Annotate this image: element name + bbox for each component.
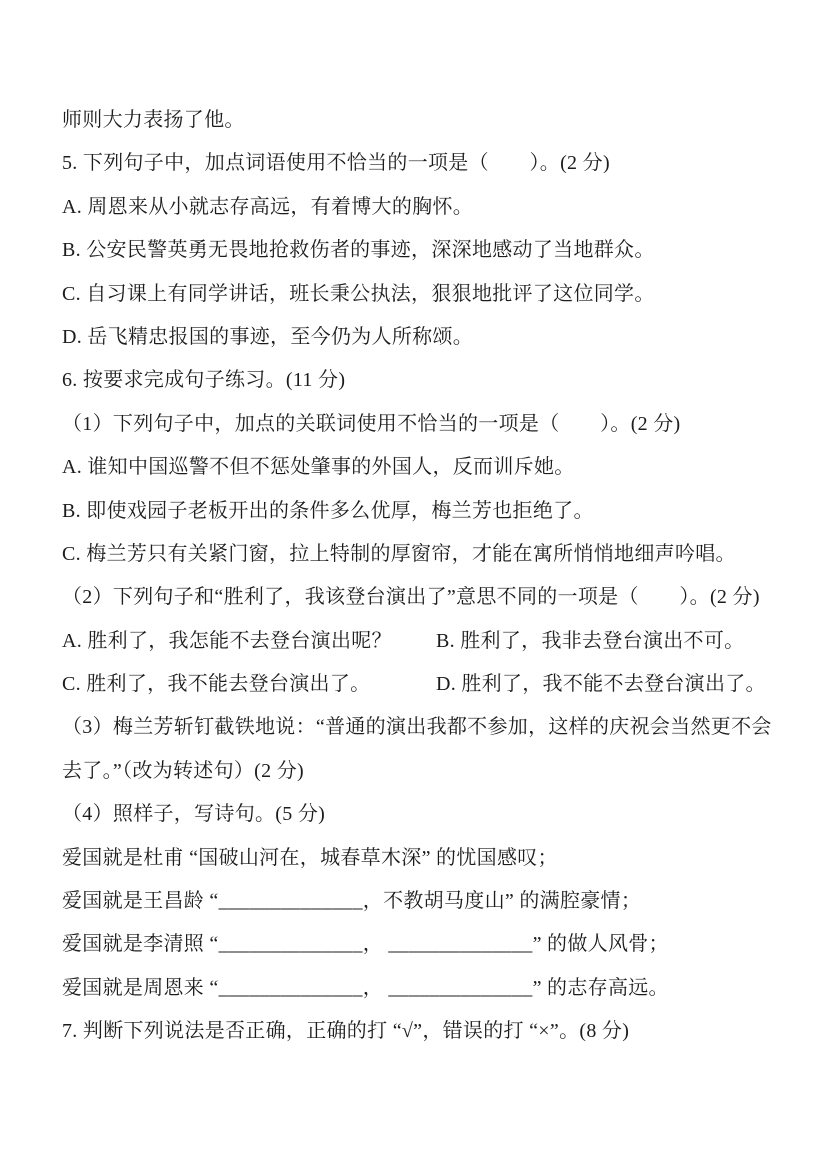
- poem-line-dufu: 爱国就是杜甫 “国破山河在，城春草木深” 的忧国感叹；: [62, 837, 777, 880]
- poem-line-liqingzhao-with-blanks: 爱国就是李清照 “______________， ______________”…: [62, 923, 777, 966]
- continuation-text: 师则大力表扬了他。: [62, 99, 777, 142]
- question-6-1-option-b: B. 即使戏园子老板开出的条件多么优厚，梅兰芳也拒绝了。: [62, 490, 777, 533]
- exam-page: 师则大力表扬了他。 5. 下列句子中，加点词语使用不恰当的一项是（ ）。(2 分…: [0, 0, 827, 1169]
- question-6-2-stem: （2）下列句子和“胜利了，我该登台演出了”意思不同的一项是（ ）。(2 分): [62, 576, 777, 619]
- poem-line-wangchangling-with-blank: 爱国就是王昌龄 “______________，不教胡马度山” 的满腔豪情；: [62, 880, 777, 923]
- question-6-2-option-c: C. 胜利了，我不能去登台演出了。: [62, 663, 436, 706]
- question-6-4-stem: （4）照样子，写诗句。(5 分): [62, 793, 777, 836]
- question-6-3-stem-line-1: （3）梅兰芳斩钉截铁地说：“普通的演出我都不参加，这样的庆祝会当然更不会: [62, 706, 777, 749]
- poem-line-zhouenlai-with-blanks: 爱国就是周恩来 “______________， ______________”…: [62, 967, 777, 1010]
- question-6-2-option-a: A. 胜利了，我怎能不去登台演出呢？: [62, 620, 436, 663]
- question-5-stem: 5. 下列句子中，加点词语使用不恰当的一项是（ ）。(2 分): [62, 142, 777, 185]
- question-6-1-option-a: A. 谁知中国巡警不但不惩处肇事的外国人，反而训斥她。: [62, 446, 777, 489]
- exam-text-block: 师则大力表扬了他。 5. 下列句子中，加点词语使用不恰当的一项是（ ）。(2 分…: [62, 99, 777, 1054]
- question-6-3-stem-line-2: 去了。”（改为转述句）(2 分): [62, 750, 777, 793]
- question-6-1-stem: （1）下列句子中，加点的关联词使用不恰当的一项是（ ）。(2 分): [62, 403, 777, 446]
- question-6-2-option-d: D. 胜利了，我不能不去登台演出了。: [436, 673, 766, 695]
- question-6-2-option-row-cd: C. 胜利了，我不能去登台演出了。D. 胜利了，我不能不去登台演出了。: [62, 663, 777, 706]
- question-5-option-a: A. 周恩来从小就志存高远，有着博大的胸怀。: [62, 186, 777, 229]
- question-5-option-b: B. 公安民警英勇无畏地抢救伤者的事迹，深深地感动了当地群众。: [62, 229, 777, 272]
- question-5-option-d: D. 岳飞精忠报国的事迹，至今仍为人所称颂。: [62, 316, 777, 359]
- question-6-2-option-row-ab: A. 胜利了，我怎能不去登台演出呢？B. 胜利了，我非去登台演出不可。: [62, 620, 777, 663]
- question-6-1-option-c: C. 梅兰芳只有关紧门窗，拉上特制的厚窗帘，才能在寓所悄悄地细声吟唱。: [62, 533, 777, 576]
- question-6-stem: 6. 按要求完成句子练习。(11 分): [62, 359, 777, 402]
- question-7-stem: 7. 判断下列说法是否正确，正确的打 “√”，错误的打 “×”。(8 分): [62, 1010, 777, 1053]
- question-5-option-c: C. 自习课上有同学讲话，班长秉公执法，狠狠地批评了这位同学。: [62, 273, 777, 316]
- question-6-2-option-b: B. 胜利了，我非去登台演出不可。: [436, 630, 744, 652]
